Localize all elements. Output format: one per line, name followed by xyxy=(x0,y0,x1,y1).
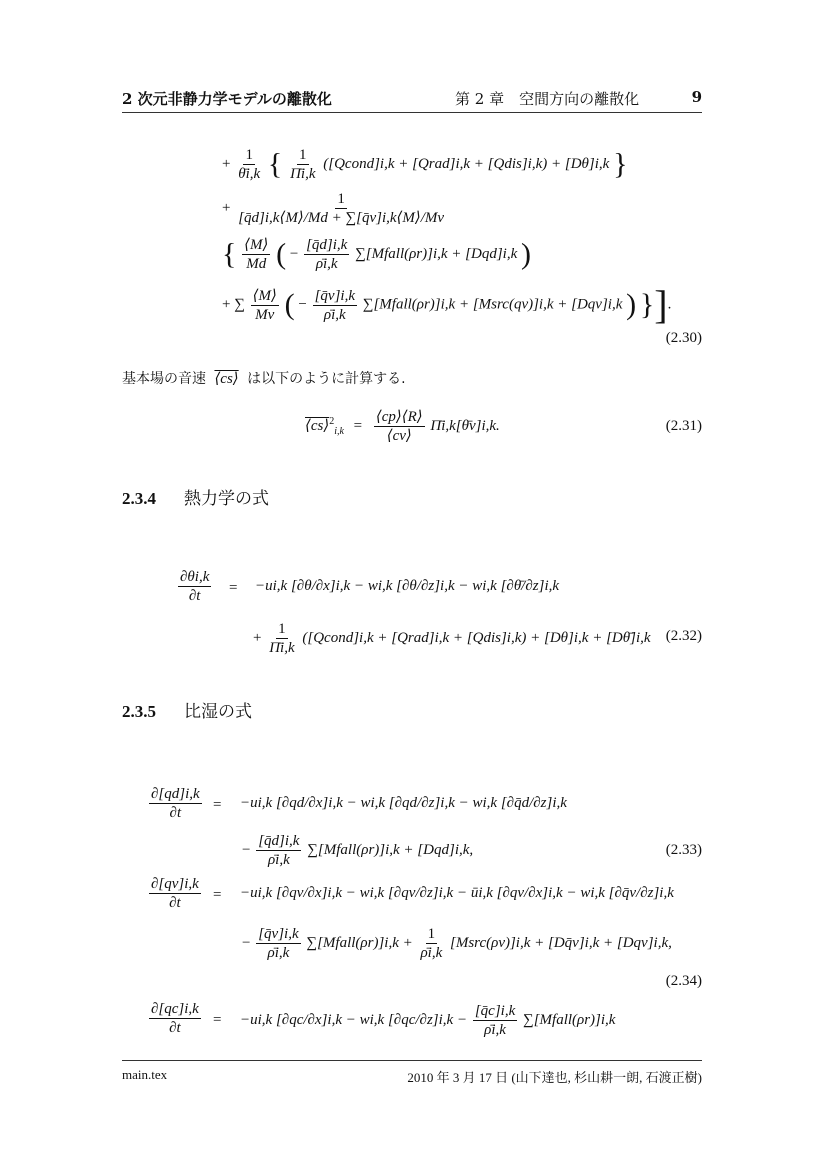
header-chapter-title: 第 2 章 空間方向の離散化 xyxy=(455,88,639,109)
eq234-lhs: ∂[qv]i,k ∂t xyxy=(147,875,203,912)
eq230-line3: { ⟨M⟩ Md ( − [q̄d]i,k ρ̄i,k ∑[Mfall(ρr)]… xyxy=(222,236,531,273)
section-heading-2-3-5: 2.3.5比湿の式 xyxy=(122,697,252,722)
equals-sign: = xyxy=(213,887,221,904)
lhs: ⟨cs⟩ xyxy=(305,418,329,434)
fraction: 1 θ̄i,k xyxy=(236,146,262,183)
denominator: ρ̄i,k xyxy=(314,255,340,273)
expression: ∑[Mfall(ρr)]i,k xyxy=(523,1012,615,1028)
numerator: ⟨cp⟩⟨R⟩ xyxy=(374,408,425,427)
eq233-line1: −ui,k [∂qd/∂x]i,k − wi,k [∂qd/∂z]i,k − w… xyxy=(240,795,567,812)
fraction: [q̄v]i,k ρ̄i,k xyxy=(256,925,300,962)
denominator: ρ̄i,k xyxy=(266,851,292,869)
denominator: ρ̄i,k xyxy=(482,1021,508,1039)
eq233-line2: − [q̄d]i,k ρ̄i,k ∑[Mfall(ρr)]i,k + [Dqd]… xyxy=(242,832,473,869)
fraction: 1 [q̄d]i,k⟨M⟩/Md + ∑[q̄v]i,k⟨M⟩/Mv xyxy=(236,190,446,227)
numerator: ∂[qd]i,k xyxy=(149,785,202,804)
denominator: ∂t xyxy=(187,587,203,605)
equals-sign: = xyxy=(229,580,237,597)
fraction: 1 Π̄i,k xyxy=(288,146,317,183)
numerator: 1 xyxy=(335,190,347,209)
expression: ∑[Mfall(ρr)]i,k + [Msrc(qv)]i,k + [Dqv]i… xyxy=(363,296,623,312)
eq231-body: ⟨cs⟩2i,k = ⟨cp⟩⟨R⟩ ⟨cv⟩ Π̄i,k[θ̄v]i,k. xyxy=(305,408,500,445)
numerator: ⟨M⟩ xyxy=(242,236,270,255)
plus-sum: + ∑ xyxy=(222,296,245,312)
fraction: 1 ρ̄i,k xyxy=(418,925,444,962)
section-number: 2.3.5 xyxy=(122,702,156,721)
fraction: 1 Π̄i,k xyxy=(267,620,296,657)
denominator: ρ̄i,k xyxy=(266,944,292,962)
paragraph-text: 基本場の音速 xyxy=(122,371,206,387)
numerator: 1 xyxy=(243,146,255,165)
left-paren: ( xyxy=(285,288,295,321)
equation-number: (2.31) xyxy=(666,418,702,435)
eq234-line2: − [q̄v]i,k ρ̄i,k ∑[Mfall(ρr)]i,k + 1 ρ̄i… xyxy=(242,925,672,962)
fraction: ∂[qd]i,k ∂t xyxy=(149,785,202,822)
equals-sign: = xyxy=(213,1012,221,1029)
numerator: 1 xyxy=(426,925,438,944)
fraction: ⟨M⟩ Mv xyxy=(251,287,279,324)
denominator: ∂t xyxy=(167,894,183,912)
denominator: θ̄i,k xyxy=(236,165,262,183)
eq230-line4: + ∑ ⟨M⟩ Mv ( − [q̄v]i,k ρ̄i,k ∑[Mfall(ρr… xyxy=(222,285,671,325)
fraction: ∂[qv]i,k ∂t xyxy=(149,875,201,912)
numerator: [q̄v]i,k xyxy=(256,925,300,944)
plus-sign: + xyxy=(222,200,230,216)
section-number: 2.3.4 xyxy=(122,489,156,508)
right-paren: ) xyxy=(626,288,636,321)
expression: [Msrc(ρv)]i,k + [Dq̄v]i,k + [Dqv]i,k, xyxy=(450,935,672,951)
numerator: ∂θi,k xyxy=(178,568,211,587)
page-number: 9 xyxy=(692,88,702,106)
eq233-lhs: ∂[qd]i,k ∂t xyxy=(147,785,204,822)
right-paren: ) xyxy=(521,238,531,271)
fraction: ∂θi,k ∂t xyxy=(178,568,211,605)
denominator: ρ̄i,k xyxy=(418,944,444,962)
page-footer: main.tex 2010 年 3 月 17 日 (山下達也, 杉山耕一朗, 石… xyxy=(122,1060,702,1061)
eq235-line1: −ui,k [∂qc/∂x]i,k − wi,k [∂qc/∂z]i,k − [… xyxy=(240,1002,615,1039)
fraction: ∂[qc]i,k ∂t xyxy=(149,1000,201,1037)
right-brace: } xyxy=(640,288,654,321)
eq232-line2: + 1 Π̄i,k ([Qcond]i,k + [Qrad]i,k + [Qdi… xyxy=(253,620,651,657)
fraction: [q̄c]i,k ρ̄i,k xyxy=(473,1002,517,1039)
expression: ∑[Mfall(ρr)]i,k + [Dqd]i,k, xyxy=(307,842,473,858)
numerator: [q̄v]i,k xyxy=(313,287,357,306)
fraction: [q̄d]i,k ρ̄i,k xyxy=(256,832,301,869)
eq232-lhs: ∂θi,k ∂t xyxy=(176,568,213,605)
paragraph-text: は以下のように計算する. xyxy=(247,371,405,387)
section-title: 熱力学の式 xyxy=(184,489,269,509)
section-title: 比湿の式 xyxy=(184,702,252,722)
footer-filename: main.tex xyxy=(122,1067,167,1083)
denominator: Π̄i,k xyxy=(267,639,296,657)
numerator: 1 xyxy=(276,620,288,639)
denominator: ∂t xyxy=(167,1019,183,1037)
equals-sign: = xyxy=(213,797,221,814)
numerator: [q̄c]i,k xyxy=(473,1002,517,1021)
expression: Π̄i,k[θ̄v]i,k. xyxy=(430,418,499,434)
paragraph-sound-speed: 基本場の音速 ⟨cs⟩ は以下のように計算する. xyxy=(122,368,406,388)
eq230-line1: + 1 θ̄i,k { 1 Π̄i,k ([Qcond]i,k + [Qrad]… xyxy=(222,146,627,183)
subscript: i,k xyxy=(334,426,344,437)
eq234-line1: −ui,k [∂qv/∂x]i,k − wi,k [∂qv/∂z]i,k − ū… xyxy=(240,885,674,902)
math-symbol: ⟨cs⟩ xyxy=(214,371,238,387)
footer-date-authors: 2010 年 3 月 17 日 (山下達也, 杉山耕一朗, 石渡正樹) xyxy=(407,1067,702,1086)
denominator: ∂t xyxy=(168,804,184,822)
equation-number: (2.30) xyxy=(666,330,702,347)
denominator: ⟨cv⟩ xyxy=(385,427,414,445)
denominator: Mv xyxy=(253,306,276,324)
expression: ([Qcond]i,k + [Qrad]i,k + [Qdis]i,k) + [… xyxy=(323,156,609,172)
expression: ∑[Mfall(ρr)]i,k + [Dqd]i,k xyxy=(355,246,517,262)
fraction: [q̄v]i,k ρ̄i,k xyxy=(313,287,357,324)
equation-number: (2.33) xyxy=(666,842,702,859)
denominator: ρ̄i,k xyxy=(322,306,348,324)
fraction: ⟨M⟩ Md xyxy=(242,236,270,273)
equals-sign: = xyxy=(354,418,362,434)
numerator: ∂[qv]i,k xyxy=(149,875,201,894)
fraction: [q̄d]i,k ρ̄i,k xyxy=(304,236,349,273)
left-brace: { xyxy=(268,148,282,181)
expression: ∑[Mfall(ρr)]i,k + xyxy=(306,935,412,951)
section-heading-2-3-4: 2.3.4熱力学の式 xyxy=(122,484,269,509)
plus-sign: + xyxy=(222,156,230,172)
right-bracket: ] xyxy=(654,282,667,327)
equation-number: (2.34) xyxy=(666,973,702,990)
numerator: ∂[qc]i,k xyxy=(149,1000,201,1019)
eq232-line1: −ui,k [∂θ/∂x]i,k − wi,k [∂θ/∂z]i,k − wi,… xyxy=(255,578,559,595)
denominator: Md xyxy=(244,255,268,273)
denominator: [q̄d]i,k⟨M⟩/Md + ∑[q̄v]i,k⟨M⟩/Mv xyxy=(236,209,446,227)
numerator: [q̄d]i,k xyxy=(256,832,301,851)
page-header: 2 次元非静力学モデルの離散化 第 2 章 空間方向の離散化 9 xyxy=(122,88,702,113)
expression: ([Qcond]i,k + [Qrad]i,k + [Qdis]i,k) + [… xyxy=(302,630,650,646)
expression: −ui,k [∂qc/∂x]i,k − wi,k [∂qc/∂z]i,k − xyxy=(240,1012,467,1028)
eq235-lhs: ∂[qc]i,k ∂t xyxy=(147,1000,203,1037)
denominator: Π̄i,k xyxy=(288,165,317,183)
left-brace: { xyxy=(222,238,236,271)
header-document-title: 2 次元非静力学モデルの離散化 xyxy=(122,88,332,109)
fraction: ⟨cp⟩⟨R⟩ ⟨cv⟩ xyxy=(374,408,425,445)
numerator: 1 xyxy=(297,146,309,165)
equation-number: (2.32) xyxy=(666,628,702,645)
eq230-line2: + 1 [q̄d]i,k⟨M⟩/Md + ∑[q̄v]i,k⟨M⟩/Mv xyxy=(222,190,448,227)
left-paren: ( xyxy=(276,238,286,271)
numerator: ⟨M⟩ xyxy=(251,287,279,306)
numerator: [q̄d]i,k xyxy=(304,236,349,255)
right-brace: } xyxy=(613,148,627,181)
